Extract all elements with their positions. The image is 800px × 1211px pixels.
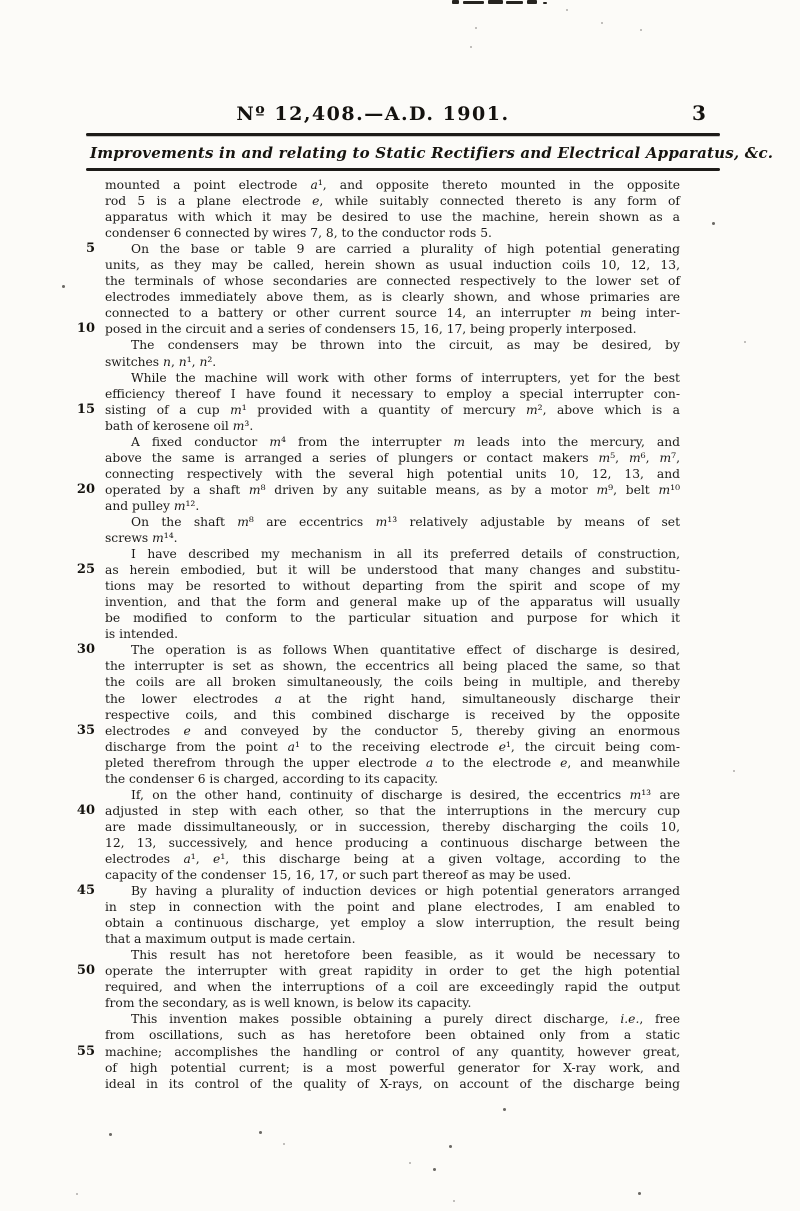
text-line: 55machine; accomplishes the handling or …	[105, 1044, 680, 1060]
text-line: the condenser 6 is charged, according to…	[105, 771, 680, 787]
line-text: mounted a point electrode a¹, and opposi…	[105, 178, 680, 192]
line-text: the condenser 6 is charged, according to…	[105, 772, 438, 786]
page-number: 3	[692, 101, 706, 125]
line-text: the lower electrodes a at the right hand…	[105, 692, 680, 706]
text-line: I have described my mechanism in all its…	[105, 546, 680, 562]
text-line: connected to a battery or other current …	[105, 305, 680, 321]
line-text: By having a plurality of induction devic…	[118, 884, 680, 898]
margin-line-number: 5	[65, 241, 95, 257]
line-text: is intended.	[105, 627, 178, 641]
line-text: operated by a shaft m⁸ driven by any sui…	[105, 483, 680, 497]
text-line: A fixed conductor m⁴ from the interrupte…	[105, 434, 680, 450]
text-line: connecting respectively with the several…	[105, 466, 680, 482]
line-text: units, as they may be called, herein sho…	[105, 258, 680, 272]
text-line: 50operate the interrupter with great rap…	[105, 963, 680, 979]
line-text: I have described my mechanism in all its…	[118, 547, 680, 561]
text-line: the coils are all broken simultaneously,…	[105, 674, 680, 690]
patent-body-text: mounted a point electrode a¹, and opposi…	[105, 177, 680, 1092]
line-text: in step in connection with the point and…	[105, 900, 680, 914]
line-text: screws m¹⁴.	[105, 531, 178, 545]
text-line: 25as herein embodied, but it will be und…	[105, 562, 680, 578]
margin-line-number: 50	[65, 963, 95, 979]
text-line: discharge from the point a¹ to the recei…	[105, 739, 680, 755]
line-text: adjusted in step with each other, so tha…	[105, 804, 680, 818]
line-text: the coils are all broken simultaneously,…	[105, 675, 680, 689]
text-line: The condensers may be thrown into the ci…	[105, 337, 680, 353]
line-text: and pulley m¹².	[105, 499, 199, 513]
text-line: 30The operation is as follows When quant…	[105, 642, 680, 658]
text-line: pleted therefrom through the upper elect…	[105, 755, 680, 771]
line-text: operate the interrupter with great rapid…	[105, 964, 680, 978]
line-text: On the shaft m⁸ are eccentrics m¹³ relat…	[118, 515, 680, 529]
text-line: from oscillations, such as has heretofor…	[105, 1027, 680, 1043]
text-line: required, and when the interruptions of …	[105, 979, 680, 995]
text-line: that a maximum output is made certain.	[105, 931, 680, 947]
line-text: be modified to conform to the particular…	[105, 611, 680, 625]
margin-line-number: 25	[65, 562, 95, 578]
text-line: are made dissimultaneously, or in succes…	[105, 819, 680, 835]
line-text: ideal in its control of the quality of X…	[105, 1077, 680, 1091]
line-text: obtain a continuous discharge, yet emplo…	[105, 916, 680, 930]
line-text: While the machine will work with other f…	[118, 371, 680, 385]
line-text: efficiency thereof I have found it neces…	[105, 387, 680, 401]
text-line: 5On the base or table 9 are carried a pl…	[105, 241, 680, 257]
line-text: respective coils, and this combined disc…	[105, 708, 680, 722]
margin-line-number: 45	[65, 883, 95, 899]
text-line: electrodes immediately above them, as is…	[105, 289, 680, 305]
text-line: condenser 6 connected by wires 7, 8, to …	[105, 225, 680, 241]
line-text: If, on the other hand, continuity of dis…	[118, 788, 680, 802]
text-line: units, as they may be called, herein sho…	[105, 257, 680, 273]
line-text: of high potential current; is a most pow…	[105, 1061, 680, 1075]
text-line: mounted a point electrode a¹, and opposi…	[105, 177, 680, 193]
horizontal-rule-bottom	[86, 168, 720, 171]
line-text: that a maximum output is made certain.	[105, 932, 355, 946]
text-line: from the secondary, as is well known, is…	[105, 995, 680, 1011]
line-text: machine; accomplishes the handling or co…	[105, 1045, 680, 1059]
text-line: is intended.	[105, 626, 680, 642]
line-text: The condensers may be thrown into the ci…	[118, 338, 680, 352]
text-line: capacity of the condenser 15, 16, 17, or…	[105, 867, 680, 883]
text-line: 20operated by a shaft m⁸ driven by any s…	[105, 482, 680, 498]
line-text: from the secondary, as is well known, is…	[105, 996, 471, 1010]
line-text: invention, and that the form and general…	[105, 595, 680, 609]
line-text: This result has not heretofore been feas…	[118, 948, 680, 962]
document-page: Nº 12,408.—A.D. 1901. 3 Improvements in …	[0, 0, 800, 1211]
text-line: the lower electrodes a at the right hand…	[105, 691, 680, 707]
text-line: 45By having a plurality of induction dev…	[105, 883, 680, 899]
text-line: This invention makes possible obtaining …	[105, 1011, 680, 1027]
text-line: This result has not heretofore been feas…	[105, 947, 680, 963]
line-text: tions may be resorted to without departi…	[105, 579, 680, 593]
text-line: tions may be resorted to without departi…	[105, 578, 680, 594]
line-text: as herein embodied, but it will be under…	[105, 563, 680, 577]
text-line: respective coils, and this combined disc…	[105, 707, 680, 723]
line-text: electrodes a¹, e¹, this discharge being …	[105, 852, 680, 866]
text-line: apparatus with which it may be desired t…	[105, 209, 680, 225]
document-title: Improvements in and relating to Static R…	[90, 144, 716, 162]
text-line: be modified to conform to the particular…	[105, 610, 680, 626]
line-text: electrodes immediately above them, as is…	[105, 290, 680, 304]
line-text: above the same is arranged a series of p…	[105, 451, 680, 465]
text-line: the terminals of whose secondaries are c…	[105, 273, 680, 289]
line-text: The operation is as follows When quantit…	[118, 643, 680, 657]
line-text: are made dissimultaneously, or in succes…	[105, 820, 680, 834]
horizontal-rule-top	[86, 133, 720, 136]
line-text: On the base or table 9 are carried a plu…	[118, 242, 680, 256]
text-line: 40adjusted in step with each other, so t…	[105, 803, 680, 819]
line-text: condenser 6 connected by wires 7, 8, to …	[105, 226, 492, 240]
text-line: If, on the other hand, continuity of dis…	[105, 787, 680, 803]
text-line: the interrupter is set as shown, the ecc…	[105, 658, 680, 674]
text-line: invention, and that the form and general…	[105, 594, 680, 610]
margin-line-number: 15	[65, 402, 95, 418]
margin-line-number: 30	[65, 642, 95, 658]
line-text: electrodes e and conveyed by the conduct…	[105, 724, 680, 738]
text-line: above the same is arranged a series of p…	[105, 450, 680, 466]
text-line: 10posed in the circuit and a series of c…	[105, 321, 680, 337]
text-line: in step in connection with the point and…	[105, 899, 680, 915]
line-text: discharge from the point a¹ to the recei…	[105, 740, 680, 754]
line-text: required, and when the interruptions of …	[105, 980, 680, 994]
text-line: efficiency thereof I have found it neces…	[105, 386, 680, 402]
text-line: obtain a continuous discharge, yet emplo…	[105, 915, 680, 931]
text-line: of high potential current; is a most pow…	[105, 1060, 680, 1076]
text-line: electrodes a¹, e¹, this discharge being …	[105, 851, 680, 867]
line-text: capacity of the condenser 15, 16, 17, or…	[105, 868, 571, 882]
text-line: 35electrodes e and conveyed by the condu…	[105, 723, 680, 739]
line-text: rod 5 is a plane electrode e, while suit…	[105, 194, 680, 208]
text-line: 12, 13, successively, and hence producin…	[105, 835, 680, 851]
line-text: switches n, n¹, n².	[105, 355, 216, 369]
line-text: connected to a battery or other current …	[105, 306, 680, 320]
line-text: apparatus with which it may be desired t…	[105, 210, 680, 224]
text-line: ideal in its control of the quality of X…	[105, 1076, 680, 1092]
text-line: While the machine will work with other f…	[105, 370, 680, 386]
text-line: 15sisting of a cup m¹ provided with a qu…	[105, 402, 680, 418]
text-line: screws m¹⁴.	[105, 530, 680, 546]
margin-line-number: 40	[65, 803, 95, 819]
line-text: sisting of a cup m¹ provided with a quan…	[105, 403, 680, 417]
text-line: On the shaft m⁸ are eccentrics m¹³ relat…	[105, 514, 680, 530]
margin-line-number: 55	[65, 1044, 95, 1060]
margin-line-number: 35	[65, 723, 95, 739]
line-text: 12, 13, successively, and hence producin…	[105, 836, 680, 850]
line-text: the terminals of whose secondaries are c…	[105, 274, 680, 288]
text-line: and pulley m¹².	[105, 498, 680, 514]
text-line: switches n, n¹, n².	[105, 354, 680, 370]
line-text: This invention makes possible obtaining …	[118, 1012, 680, 1026]
margin-line-number: 20	[65, 482, 95, 498]
line-text: the interrupter is set as shown, the ecc…	[105, 659, 680, 673]
line-text: posed in the circuit and a series of con…	[105, 322, 636, 336]
text-line: rod 5 is a plane electrode e, while suit…	[105, 193, 680, 209]
text-line: bath of kerosene oil m³.	[105, 418, 680, 434]
line-text: A fixed conductor m⁴ from the interrupte…	[118, 435, 680, 449]
line-text: connecting respectively with the several…	[105, 467, 680, 481]
margin-line-number: 10	[65, 321, 95, 337]
line-text: from oscillations, such as has heretofor…	[105, 1028, 680, 1042]
line-text: bath of kerosene oil m³.	[105, 419, 253, 433]
line-text: pleted therefrom through the upper elect…	[105, 756, 680, 770]
patent-number: Nº 12,408.—A.D. 1901.	[93, 103, 653, 125]
